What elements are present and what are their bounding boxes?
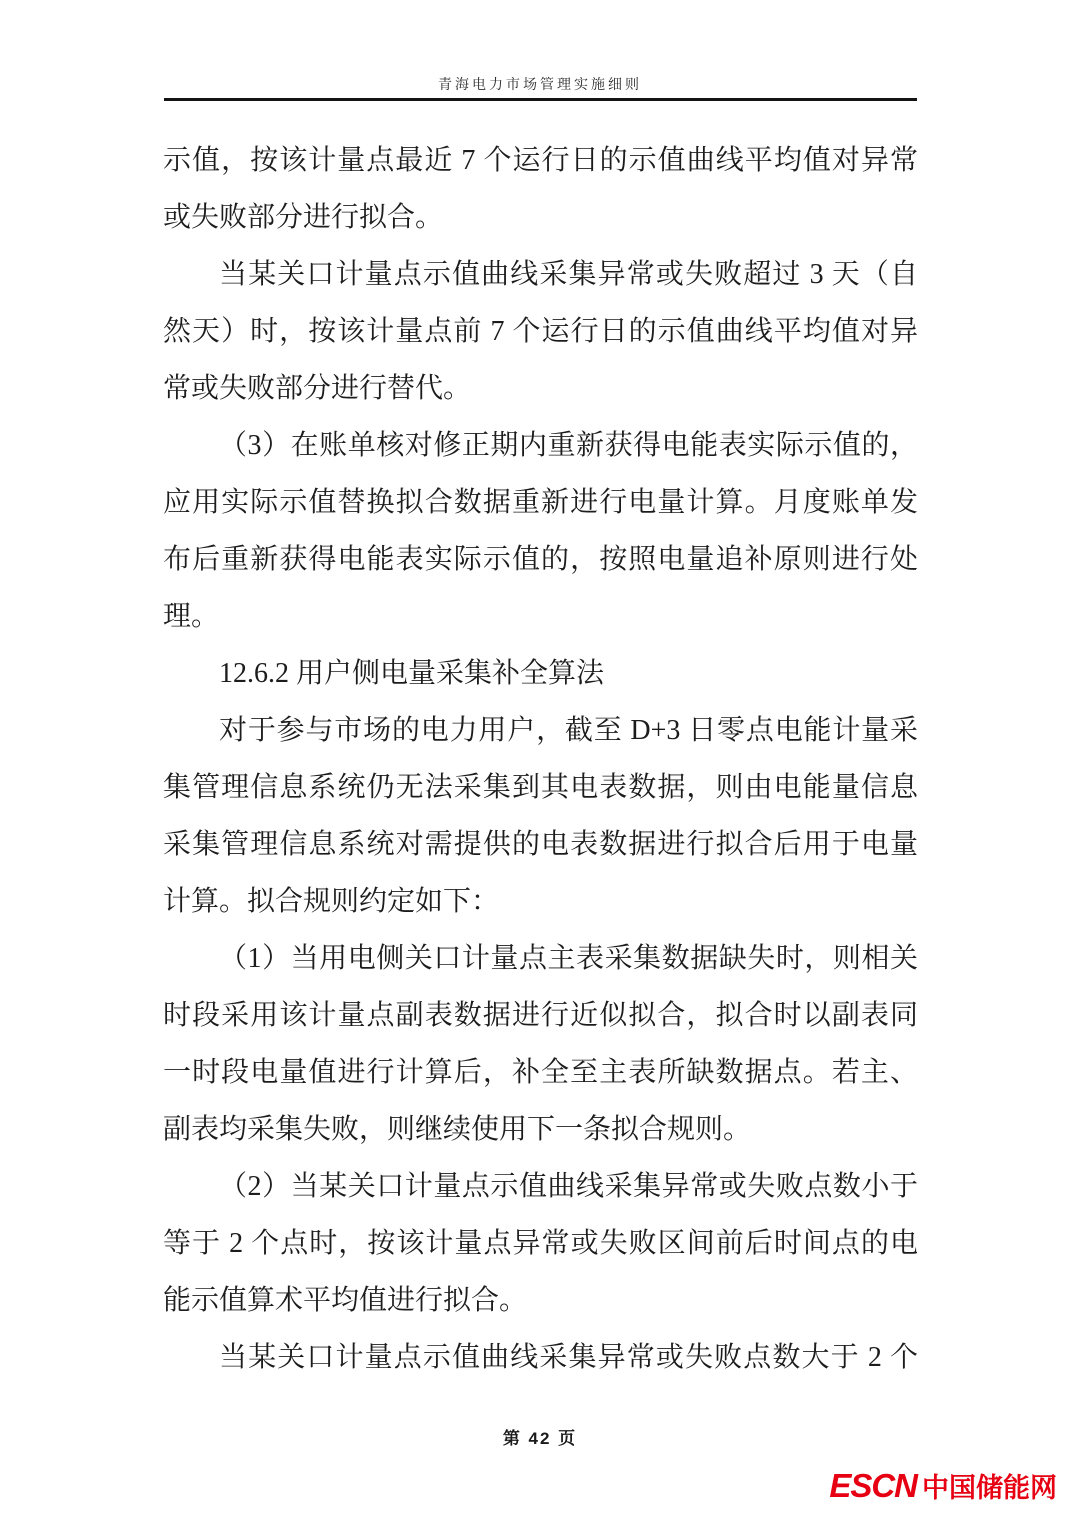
escn-logo: ESCN 中国储能网	[829, 1466, 1057, 1505]
document-page: 青海电力市场管理实施细则 示值，按该计量点最近 7 个运行日的示值曲线平均值对异…	[0, 0, 1080, 1527]
paragraph: （2）当某关口计量点示值曲线采集异常或失败点数小于等于 2 个点时，按该计量点异…	[163, 1158, 918, 1329]
document-header-title: 青海电力市场管理实施细则	[0, 77, 1080, 94]
page-number: 第 42 页	[0, 1424, 1080, 1449]
header-divider	[164, 98, 917, 101]
paragraph: 对于参与市场的电力用户，截至 D+3 日零点电能计量采集管理信息系统仍无法采集到…	[163, 702, 918, 930]
paragraph: （1）当用电侧关口计量点主表采集数据缺失时，则相关时段采用该计量点副表数据进行近…	[163, 930, 918, 1158]
paragraph-continuation: 示值，按该计量点最近 7 个运行日的示值曲线平均值对异常或失败部分进行拟合。	[163, 132, 918, 246]
paragraph: 当某关口计量点示值曲线采集异常或失败超过 3 天（自然天）时，按该计量点前 7 …	[163, 246, 918, 417]
section-heading: 12.6.2 用户侧电量采集补全算法	[163, 645, 918, 702]
escn-logo-chinese-text: 中国储能网	[922, 1466, 1057, 1505]
paragraph-continues-next-page: 当某关口计量点示值曲线采集异常或失败点数大于 2 个	[163, 1329, 918, 1386]
document-body: 示值，按该计量点最近 7 个运行日的示值曲线平均值对异常或失败部分进行拟合。 当…	[163, 132, 918, 1386]
paragraph: （3）在账单核对修正期内重新获得电能表实际示值的，应用实际示值替换拟合数据重新进…	[163, 417, 918, 645]
escn-logo-latin-text: ESCN	[829, 1467, 922, 1505]
